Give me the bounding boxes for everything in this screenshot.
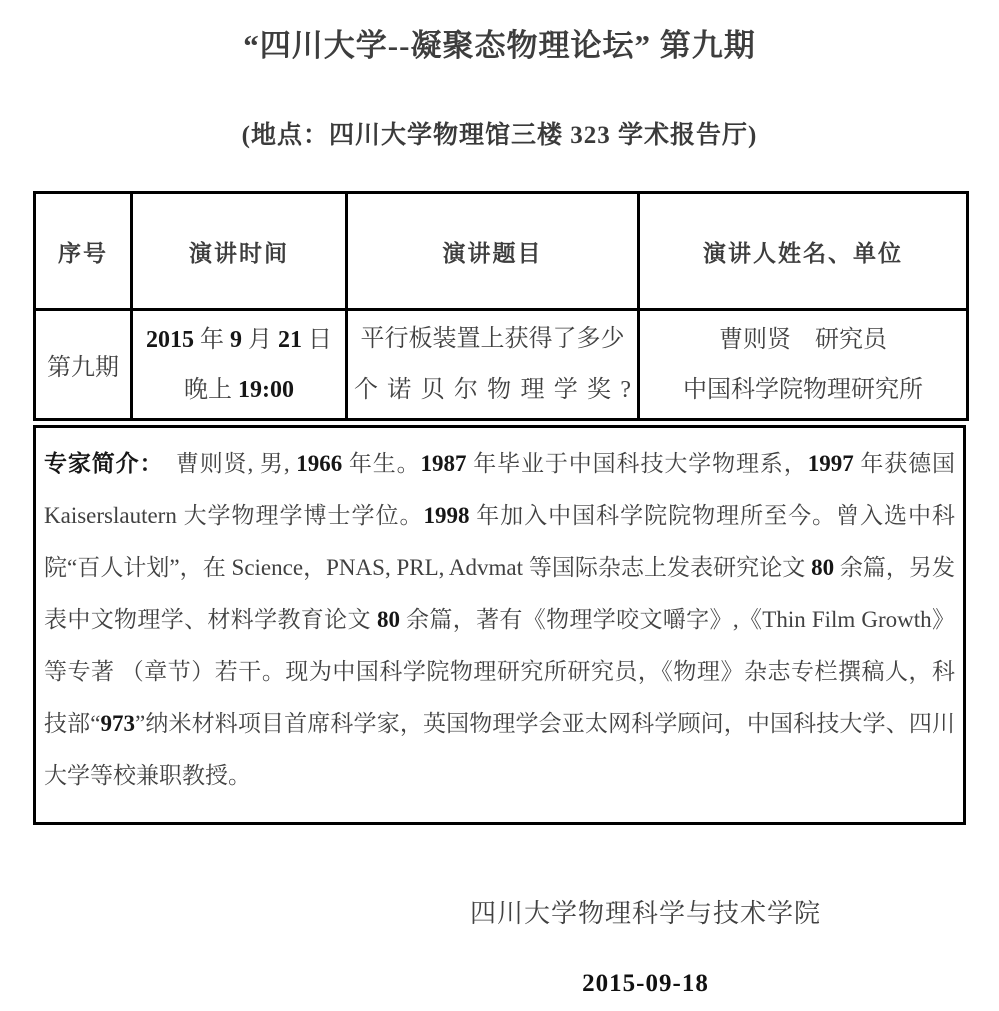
col-header-topic: 演讲题目 xyxy=(347,193,639,310)
expert-bio-box: 专家简介： 曹则贤, 男, 1966 年生。1987 年毕业于中国科技大学物理系… xyxy=(33,425,966,825)
table-row: 第九期 2015 年 9 月 21 日 晚上 19:00 平行板装置上获得了多少… xyxy=(35,310,968,420)
cell-speaker: 曹则贤 研究员 中国科学院物理研究所 xyxy=(639,310,968,420)
issue-date: 2015-09-18 xyxy=(292,970,999,998)
table-header-row: 序号 演讲时间 演讲题目 演讲人姓名、单位 xyxy=(35,193,968,310)
col-header-session: 序号 xyxy=(35,193,132,310)
location-line: (地点：四川大学物理馆三楼 323 学术报告厅) xyxy=(0,115,999,151)
speaker-name-title: 曹则贤 研究员 xyxy=(640,315,966,365)
col-header-time: 演讲时间 xyxy=(132,193,347,310)
cell-session-number: 第九期 xyxy=(35,310,132,420)
document-page: “四川大学--凝聚态物理论坛” 第九期 (地点：四川大学物理馆三楼 323 学术… xyxy=(0,0,999,1011)
speaker-affiliation: 中国科学院物理研究所 xyxy=(640,365,966,415)
schedule-table: 序号 演讲时间 演讲题目 演讲人姓名、单位 第九期 2015 年 9 月 21 … xyxy=(33,191,969,421)
cell-lecture-time: 2015 年 9 月 21 日 晚上 19:00 xyxy=(132,310,347,420)
bio-text: 专家简介： 曹则贤, 男, 1966 年生。1987 年毕业于中国科技大学物理系… xyxy=(44,438,955,802)
cell-lecture-topic: 平行板装置上获得了多少个诺贝尔物理学奖? xyxy=(347,310,639,420)
lecture-date: 2015 年 9 月 21 日 xyxy=(133,315,345,365)
col-header-speaker: 演讲人姓名、单位 xyxy=(639,193,968,310)
organization-name: 四川大学物理科学与技术学院 xyxy=(292,893,999,930)
page-title: “四川大学--凝聚态物理论坛” 第九期 xyxy=(0,0,999,65)
lecture-hour: 晚上 19:00 xyxy=(133,365,345,415)
